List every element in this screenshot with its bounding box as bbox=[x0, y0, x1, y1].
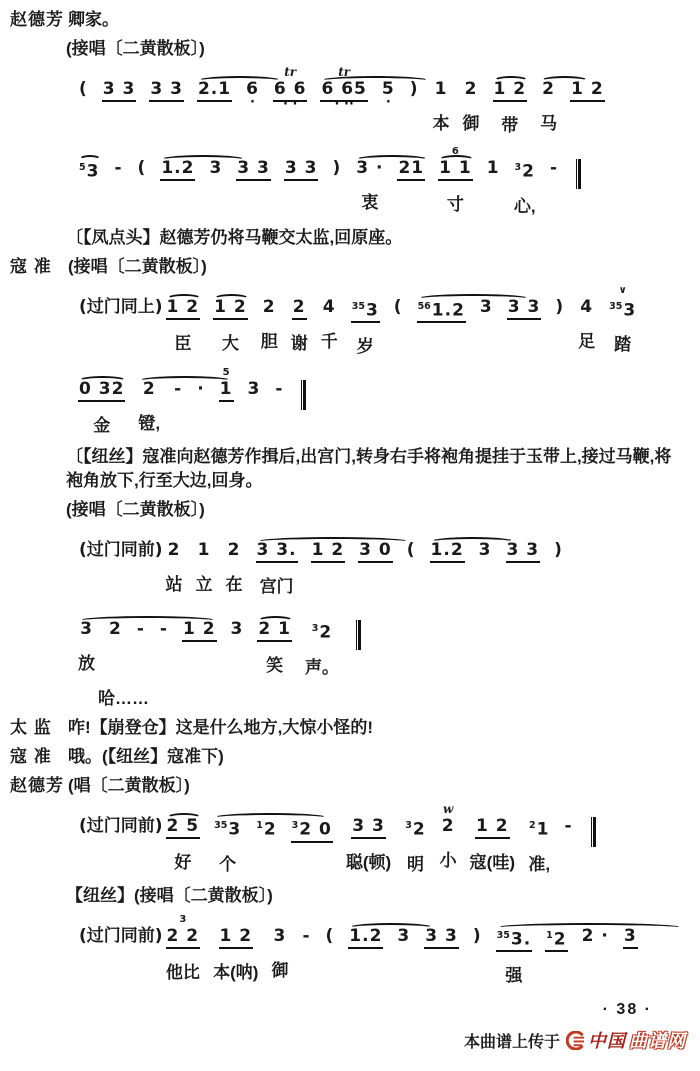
music-token: 1 2臣 bbox=[166, 284, 201, 356]
note-text: 2 bbox=[441, 816, 456, 837]
speaker-name: 寇 准 bbox=[10, 255, 68, 279]
ornament-mark bbox=[555, 527, 561, 540]
music-token: 21 bbox=[397, 145, 425, 190]
note-text: 2 bbox=[142, 379, 157, 400]
note-text: 1 2 bbox=[475, 816, 510, 839]
note-text: 1 1 bbox=[438, 158, 473, 181]
note-text: 3 bbox=[623, 926, 638, 949]
music-token: 32 2他比 bbox=[166, 913, 201, 985]
lyric: 岁 bbox=[357, 335, 374, 359]
music-token: 3 0 bbox=[358, 527, 393, 572]
music-line: (过门同上)1 2臣1 2大2胆2谢4千353岁(561.233 3)4足∨35… bbox=[78, 284, 690, 360]
ornament-mark bbox=[117, 527, 123, 540]
ornament-mark bbox=[272, 606, 278, 619]
note-text: 21 bbox=[397, 158, 425, 181]
music-token: 21准, bbox=[528, 803, 550, 877]
music-token: ) bbox=[554, 284, 565, 327]
dialogue-text: 卿家。 bbox=[68, 8, 119, 32]
music-line: (过门同前)32 2他比1 2本(呐)3御-(1.233 3)353.强122 … bbox=[78, 913, 690, 989]
ornament-mark bbox=[180, 284, 186, 297]
music-line: 3放2--1 232 1笑32声。 bbox=[78, 606, 690, 680]
stage-direction: (接唱〔二黄散板〕) bbox=[66, 498, 686, 522]
lyric: 声。 bbox=[305, 656, 339, 680]
note-text: 1 2 bbox=[570, 79, 605, 102]
stage-direction: 哈…… bbox=[98, 687, 690, 711]
music-token: 1.2 bbox=[160, 145, 195, 190]
lyric: 胆 bbox=[261, 330, 278, 354]
music-token: w2小 bbox=[440, 803, 457, 873]
dialogue-text: (接唱〔二黄散板〕) bbox=[68, 255, 207, 279]
note-text: 3 3 bbox=[236, 158, 271, 181]
ornament-mark bbox=[372, 527, 378, 540]
lyric: 马 bbox=[540, 112, 557, 136]
note-text: 4 bbox=[322, 297, 337, 318]
ornament-mark bbox=[180, 803, 186, 816]
ornament-mark bbox=[439, 913, 445, 926]
music-token: 1 2带 bbox=[493, 66, 528, 138]
ornament-mark bbox=[592, 913, 598, 926]
ornament-mark bbox=[164, 66, 170, 79]
ornament-mark bbox=[521, 284, 527, 297]
note-text: 3 0 bbox=[358, 540, 393, 563]
ornament-mark bbox=[489, 803, 495, 816]
site-logo: 中国 曲谱网 bbox=[566, 1027, 686, 1053]
music-token: 3 bbox=[247, 366, 262, 409]
music-token: 51 bbox=[219, 366, 234, 411]
ornament-mark bbox=[249, 66, 255, 79]
ornament-mark bbox=[116, 145, 122, 158]
ornament-mark bbox=[161, 606, 167, 619]
note-text: - bbox=[301, 926, 311, 947]
music-token: 4千 bbox=[321, 284, 338, 354]
ornament-mark bbox=[99, 366, 105, 379]
music-token: ( bbox=[406, 527, 417, 570]
ornament-mark bbox=[474, 913, 480, 926]
music-token: 1 2 bbox=[182, 606, 217, 651]
lyric: 心, bbox=[514, 195, 536, 219]
note-text: 2 bbox=[262, 297, 277, 318]
ornament-mark: 3 bbox=[179, 913, 186, 926]
note-text: 3 · bbox=[355, 158, 384, 179]
lyric: 强 bbox=[505, 964, 522, 988]
ornament-mark bbox=[363, 913, 369, 926]
note-text: 32 bbox=[514, 158, 536, 183]
lyric: 御 bbox=[271, 959, 288, 983]
note-text: 353 bbox=[608, 297, 637, 322]
music-token: 3 ·衷 bbox=[355, 145, 384, 215]
grace-note: 1 bbox=[546, 930, 553, 941]
note-text: 3 bbox=[478, 540, 493, 561]
music-token: 1 2本(呐) bbox=[213, 913, 258, 985]
ornament-mark: 5 bbox=[223, 366, 230, 379]
stage-direction: (接唱〔二黄散板〕) bbox=[66, 37, 686, 61]
note-text: 1 2 bbox=[213, 297, 248, 320]
note-text: 1 bbox=[219, 379, 234, 402]
lyric: 个 bbox=[219, 853, 236, 877]
grace-note: 3 bbox=[405, 820, 412, 831]
ornament-mark bbox=[84, 606, 90, 619]
lyric: 寇(哇) bbox=[470, 851, 515, 875]
lyric: 踏 bbox=[614, 333, 631, 357]
note-text: 21 bbox=[528, 816, 550, 841]
music-token: 1 2 bbox=[570, 66, 605, 111]
note-text: 1.2 bbox=[160, 158, 195, 181]
ornament-mark bbox=[385, 66, 391, 79]
ornament-mark bbox=[553, 913, 559, 926]
note-text: 3 bbox=[396, 926, 411, 947]
note-text: 3 3 bbox=[506, 540, 541, 563]
ornament-mark bbox=[468, 66, 474, 79]
note-text: 3 3. bbox=[256, 540, 298, 563]
ornament-mark bbox=[234, 606, 240, 619]
ornament-mark bbox=[395, 284, 401, 297]
music-token: 353岁 bbox=[351, 284, 380, 360]
grace-note: 35 bbox=[497, 930, 510, 941]
note-text: 2 5 bbox=[166, 816, 201, 839]
note-text: (过门同前) bbox=[78, 816, 163, 837]
stage-direction: 〔【纽丝】寇准向赵德芳作揖后,出宫门,转身右手将袍角提挂于玉带上,接过马鞭,将袍… bbox=[66, 445, 686, 493]
grace-note: 35 bbox=[352, 301, 365, 312]
ornament-mark bbox=[438, 66, 444, 79]
ornament-mark bbox=[277, 913, 283, 926]
lyric: 小 bbox=[440, 849, 457, 873]
music-token: 3 3 bbox=[424, 913, 459, 958]
note-text: 32 0 bbox=[291, 816, 333, 843]
note-text: 2 2 bbox=[166, 926, 201, 949]
lyric: 衷 bbox=[361, 191, 378, 215]
ornament-mark bbox=[225, 803, 231, 816]
music-token: 4足 bbox=[578, 284, 595, 354]
note-text: 12 bbox=[255, 816, 277, 841]
ornament-mark bbox=[198, 366, 204, 379]
barline bbox=[576, 159, 581, 189]
note-text: 353 bbox=[351, 297, 380, 324]
note-text: ( bbox=[325, 926, 336, 947]
grace-note: 5 bbox=[79, 162, 86, 173]
music-token: 61 1寸 bbox=[438, 145, 473, 217]
note-text: 2.1 bbox=[197, 79, 232, 102]
logo-text-site: 曲谱网 bbox=[629, 1027, 686, 1053]
music-token: 6· bbox=[245, 66, 260, 109]
ornament-mark bbox=[303, 913, 309, 926]
music-token: 12 bbox=[255, 803, 277, 850]
music-token: 3 bbox=[396, 913, 411, 956]
ornament-mark bbox=[213, 145, 219, 158]
ornament-mark bbox=[231, 527, 237, 540]
music-token: 1立 bbox=[196, 527, 213, 597]
grace-note: 35 bbox=[214, 820, 227, 831]
music-line: 0 32金2镫,-·513- bbox=[78, 366, 690, 438]
ornament-mark bbox=[522, 145, 528, 158]
speaker-name: 赵德芳 bbox=[10, 8, 68, 32]
note-text: 1.2 bbox=[348, 926, 383, 949]
note-text: 1 2 bbox=[311, 540, 346, 563]
ornament-mark bbox=[117, 803, 123, 816]
music-token: 0 32金 bbox=[78, 366, 125, 438]
ornament-mark bbox=[483, 284, 489, 297]
ornament-mark bbox=[112, 606, 118, 619]
lyric: 金 bbox=[93, 414, 110, 438]
ornament-mark bbox=[175, 145, 181, 158]
ornament-mark bbox=[401, 913, 407, 926]
lyric: 臣 bbox=[174, 332, 191, 356]
note-text: 1 2 bbox=[166, 297, 201, 320]
note-text: (过门同上) bbox=[78, 297, 163, 318]
lyric: 本(呐) bbox=[213, 961, 258, 985]
music-token: 32 0 bbox=[291, 803, 333, 852]
ornament-mark bbox=[408, 527, 414, 540]
ornament-mark bbox=[444, 527, 450, 540]
lyric: 谢 bbox=[291, 332, 308, 356]
note-text: 32 bbox=[311, 619, 333, 644]
note-text: 1.2 bbox=[430, 540, 465, 563]
note-text: 3 3 bbox=[351, 816, 386, 839]
music-token: · bbox=[196, 366, 205, 409]
lyric: 大 bbox=[222, 332, 239, 356]
barline bbox=[591, 817, 596, 847]
ornament-mark bbox=[362, 284, 368, 297]
music-token: ) bbox=[409, 66, 420, 109]
note-text: 1 2 bbox=[219, 926, 254, 949]
ornament-mark bbox=[627, 913, 633, 926]
ornament-mark bbox=[536, 803, 542, 816]
music-token: 353个 bbox=[213, 803, 242, 877]
music-token: - bbox=[113, 145, 123, 188]
passage-prefix: (过门同前) bbox=[78, 527, 163, 570]
dialogue-line: 寇 准(接唱〔二黄散板〕) bbox=[10, 255, 690, 279]
grace-note: 3 bbox=[292, 820, 299, 831]
note-text: 3 bbox=[247, 379, 262, 400]
ornament-mark: tr bbox=[284, 66, 296, 79]
music-token: 12 bbox=[545, 913, 567, 962]
music-token: ) bbox=[472, 913, 483, 956]
music-token: 3 3 bbox=[149, 66, 184, 111]
note-text: 32 bbox=[404, 816, 426, 841]
note-text: 3 bbox=[208, 158, 223, 179]
octave-dots: · bbox=[386, 100, 391, 109]
note-text: 3 bbox=[79, 619, 94, 640]
passage-prefix: (过门同前) bbox=[78, 913, 163, 956]
music-token: 1本 bbox=[433, 66, 450, 136]
lyric: 准, bbox=[528, 853, 550, 877]
note-text: 0 32 bbox=[78, 379, 125, 402]
ornament-mark bbox=[438, 284, 444, 297]
ornament-mark bbox=[367, 145, 373, 158]
music-token: 3 3 bbox=[102, 66, 137, 111]
dialogue-line: 赵德芳(唱〔二黄散板〕) bbox=[10, 774, 690, 798]
ornament-mark bbox=[520, 527, 526, 540]
dialogue-line: 赵德芳卿家。 bbox=[10, 8, 690, 32]
lyric: 他比 bbox=[166, 961, 200, 985]
note-text: (过门同前) bbox=[78, 926, 163, 947]
music-token: - bbox=[136, 606, 146, 649]
music-token: tr6 65· ·· bbox=[320, 66, 367, 111]
music-token: 1 2大 bbox=[213, 284, 248, 356]
music-token: 2 1笑 bbox=[257, 606, 292, 678]
music-token: 3 3聪(顿) bbox=[346, 803, 391, 875]
music-token: 3 3.宫门 bbox=[256, 527, 298, 599]
ornament-mark bbox=[263, 803, 269, 816]
music-token: - bbox=[274, 366, 284, 409]
note-text: - bbox=[136, 619, 146, 640]
lyric: 本 bbox=[433, 112, 450, 136]
lyric: 寸 bbox=[447, 193, 464, 217]
note-text: 3 3 bbox=[149, 79, 184, 102]
note-text: - bbox=[563, 816, 573, 837]
music-token: 353.强 bbox=[496, 913, 533, 989]
music-token: ( bbox=[325, 913, 336, 956]
ornament-mark bbox=[298, 145, 304, 158]
dialogue-text: 咋!【崩登仓】这是什么地方,大惊小怪的! bbox=[68, 716, 373, 740]
music-token: 3 bbox=[478, 527, 493, 570]
grace-note: 35 bbox=[609, 301, 622, 312]
ornament-mark bbox=[146, 366, 152, 379]
music-token: 32声。 bbox=[305, 606, 339, 680]
lyric: 宫门 bbox=[260, 575, 294, 599]
note-text: ( bbox=[137, 158, 148, 179]
ornament-mark bbox=[319, 606, 325, 619]
music-token: 2谢 bbox=[291, 284, 308, 356]
ornament-mark bbox=[507, 66, 513, 79]
note-text: 2 bbox=[167, 540, 182, 561]
ornament-mark bbox=[408, 145, 414, 158]
note-text: ) bbox=[409, 79, 420, 100]
grace-note: 3 bbox=[515, 162, 522, 173]
ornament-mark bbox=[412, 803, 418, 816]
note-text: 1 bbox=[197, 540, 212, 561]
note-text: 2 1 bbox=[257, 619, 292, 642]
ornament-mark bbox=[366, 803, 372, 816]
note-text: ( bbox=[393, 297, 404, 318]
lyric: 聪(顿) bbox=[346, 851, 391, 875]
speaker-name: 太 监 bbox=[10, 716, 68, 740]
ornament-mark bbox=[117, 913, 123, 926]
music-token: 561.2 bbox=[417, 284, 466, 333]
ornament-mark bbox=[327, 913, 333, 926]
ornament-mark bbox=[546, 66, 552, 79]
ornament-mark bbox=[251, 366, 257, 379]
music-token: - bbox=[549, 145, 559, 188]
music-token: 5· bbox=[381, 66, 396, 109]
music-token: 2御 bbox=[463, 66, 480, 136]
music-token: 3 bbox=[623, 913, 638, 958]
music-line: (3 33 32.16·tr6 6· ·tr6 65· ··5·)1本2御1 2… bbox=[78, 66, 690, 138]
ornament-mark: w bbox=[443, 803, 453, 816]
grace-note: 3 bbox=[312, 623, 319, 634]
note-text: ( bbox=[78, 79, 89, 100]
lyric: 带 bbox=[501, 114, 518, 138]
music-token: ) bbox=[553, 527, 564, 570]
lyric: 笑 bbox=[266, 654, 283, 678]
stage-direction: 【纽丝】(接唱〔二黄散板〕) bbox=[66, 884, 686, 908]
ornament-mark bbox=[551, 145, 557, 158]
music-disc-icon bbox=[566, 1031, 585, 1050]
note-text: - bbox=[159, 619, 169, 640]
note-text: 1 2 bbox=[493, 79, 528, 102]
music-token: 3 3 bbox=[507, 284, 542, 329]
ornament-mark bbox=[490, 145, 496, 158]
dialogue-line: 寇 准哦。(【纽丝】寇准下) bbox=[10, 745, 690, 769]
music-token: 3 3 bbox=[284, 145, 319, 190]
note-text: 3 3 bbox=[507, 297, 542, 320]
dialogue-text: 哦。(【纽丝】寇准下) bbox=[68, 745, 224, 769]
music-line: 53-(1.233 33 3)3 ·衷2161 1寸132心,- bbox=[78, 145, 690, 219]
lyric: 足 bbox=[578, 330, 595, 354]
lyric: 立 bbox=[196, 573, 213, 597]
note-text: 3 3 bbox=[284, 158, 319, 181]
ornament-mark bbox=[116, 66, 122, 79]
music-token: 32明 bbox=[404, 803, 426, 877]
lyric: 好 bbox=[174, 851, 191, 875]
note-text: 353 bbox=[213, 816, 242, 841]
ornament-mark bbox=[80, 66, 86, 79]
ornament-mark bbox=[117, 284, 123, 297]
note-text: 1 2 bbox=[182, 619, 217, 642]
upload-note: 本曲谱上传于 bbox=[464, 1029, 560, 1052]
stage-direction: 〔【凤点头】赵德芳仍将马鞭交太监,回原座。 bbox=[66, 226, 686, 250]
music-token: 3 bbox=[479, 284, 494, 327]
music-token: 2 bbox=[108, 606, 123, 649]
ornament-mark: ∨ bbox=[619, 284, 627, 297]
music-token: 3御 bbox=[271, 913, 288, 983]
music-token: 2站 bbox=[166, 527, 183, 597]
lyric: 在 bbox=[226, 573, 243, 597]
score-page: 赵德芳卿家。(接唱〔二黄散板〕)(3 33 32.16·tr6 6· ·tr6 … bbox=[0, 0, 700, 1071]
music-token: 3 bbox=[230, 606, 245, 649]
ornament-mark bbox=[138, 606, 144, 619]
note-text: 3 bbox=[479, 297, 494, 318]
music-token: 1.2 bbox=[430, 527, 465, 572]
music-token: ( bbox=[137, 145, 148, 188]
music-token: 1 2寇(哇) bbox=[470, 803, 515, 875]
lyric: 千 bbox=[321, 330, 338, 354]
dialogue-line: 太 监咋!【崩登仓】这是什么地方,大惊小怪的! bbox=[10, 716, 690, 740]
music-token: 2镫, bbox=[138, 366, 160, 436]
music-token: ∨353踏 bbox=[608, 284, 637, 358]
grace-note: 2 bbox=[529, 820, 536, 831]
note-text: 3 bbox=[273, 926, 288, 947]
note-text: ) bbox=[553, 540, 564, 561]
music-token: ( bbox=[393, 284, 404, 327]
note-text: ) bbox=[472, 926, 483, 947]
music-token: 2胆 bbox=[261, 284, 278, 354]
note-text: ) bbox=[331, 158, 342, 179]
barline bbox=[356, 620, 361, 650]
speaker-name: 寇 准 bbox=[10, 745, 68, 769]
note-text: 3 bbox=[230, 619, 245, 640]
note-text: 53 bbox=[78, 158, 100, 183]
note-text: 3 3 bbox=[102, 79, 137, 102]
grace-note: 56 bbox=[418, 301, 431, 312]
ornament-mark bbox=[411, 66, 417, 79]
music-line: (过门同前)2站1立2在3 3.宫门1 23 0(1.233 3) bbox=[78, 527, 690, 599]
music-token: 2.1 bbox=[197, 66, 232, 111]
ornament-mark bbox=[212, 66, 218, 79]
passage-prefix: (过门同上) bbox=[78, 284, 163, 327]
ornament-mark bbox=[566, 803, 572, 816]
ornament-mark bbox=[584, 284, 590, 297]
grace-note: 1 bbox=[256, 820, 263, 831]
note-text: - bbox=[549, 158, 559, 179]
music-token: - bbox=[173, 366, 183, 409]
music-token: 1 2 bbox=[311, 527, 346, 572]
ornament-mark bbox=[511, 913, 517, 926]
note-text: 2 bbox=[227, 540, 242, 561]
ornament-mark bbox=[296, 284, 302, 297]
lyric: 放 bbox=[78, 652, 95, 676]
music-token: 32心, bbox=[514, 145, 536, 219]
ornament-mark bbox=[266, 284, 272, 297]
